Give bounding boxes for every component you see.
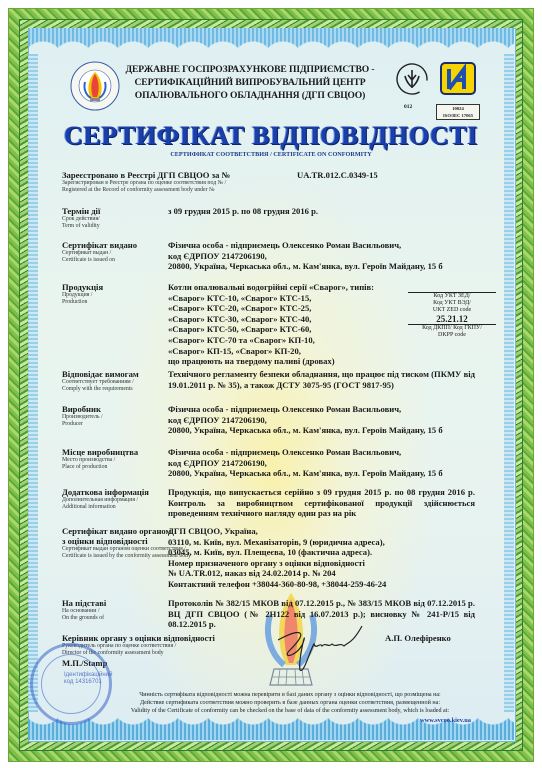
field-registered: Зареєстровано в Реєстрі ДГП СВЦОО за № З… [62,170,230,194]
org-line: ОПАЛЮВАЛЬНОГО ОБЛАДНАННЯ (ДГП СВЦОО) [120,89,380,102]
value-line: код ЄДРПОУ 2147206190, [168,251,443,262]
iso-accreditation-box: 10024 ISO/IEC 17065 [436,104,480,120]
place-value: Фізична особа - підприємець Олексенко Ро… [168,447,443,479]
code-label: UKT ZED code [408,307,496,314]
field-label: Термін дії [62,206,100,216]
value-line: 03045, м. Київ, вул. Плещеєва, 10 (факти… [168,547,386,558]
validity-check-note: Чинність сертифіката відповідності можна… [80,691,500,715]
value-line: що працюють на твердому паливі (дровах) [168,356,374,367]
stamp-line: Ідентифікаційний [64,672,112,679]
value-line: № UA.TR.012, наказ від 24.02.2014 р. № 2… [168,568,386,579]
field-label-en: On the grounds of [62,615,106,622]
field-label-en: Production [62,299,103,306]
field-label: Виробник [62,404,103,414]
value-line: Фізична особа - підприємець Олексенко Ро… [168,404,443,415]
signature [270,620,370,675]
field-label: Додаткова інформація [62,487,149,497]
product-codes: Код УКТ ЗЕД/ Код УКТ ВЭД/ UKT ZED code 2… [408,292,496,339]
value-line: Котли опалювальні водогрійні серії «Свар… [168,282,374,293]
field-complies: Відповідає вимогам Соответствует требова… [62,369,139,393]
product-value: Котли опалювальні водогрійні серії «Свар… [168,282,374,367]
value-line: «Сварог» КТС-20, «Сварог» КТС-25, [168,303,374,314]
field-label: Зареєстровано в Реєстрі ДГП СВЦОО за № [62,170,230,180]
verification-url[interactable]: www.svcoo.kiev.ua [420,717,471,724]
footer-line: Действие сертификата соответствия можно … [80,699,500,707]
issued-to-value: Фізична особа - підприємець Олексенко Ро… [168,240,443,272]
value-line: Фізична особа - підприємець Олексенко Ро… [168,447,443,458]
value-line: Фізична особа - підприємець Олексенко Ро… [168,240,443,251]
field-label-ru: Производитель / [62,414,103,421]
value-line: 20800, Україна, Черкаська обл., м. Кам'я… [168,425,443,436]
value-line: код ЄДРПОУ 2147206190, [168,458,443,469]
dgp-svtsoo-flame-logo [69,60,121,112]
field-label-ru: Соответствует требованиям / [62,379,139,386]
field-label-ru: Зарегистрирован в Реестре органа по оцен… [62,180,230,187]
code-label: Код ДКПП/ Код ГКПУ/ [408,325,496,332]
signer-name: А.П. Олефіренко [385,633,451,643]
stamp-text: Ідентифікаційний код 14316701 [64,672,112,686]
field-label-ru: Дополнительная информация / [62,497,149,504]
value-line: 20800, Україна, Черкаська обл., м. Кам'я… [168,468,443,479]
value-line: 03110, м. Київ, вул. Механізаторів, 9 (ю… [168,537,386,548]
code-label: DKPP code [408,332,496,339]
value-line: 20800, Україна, Черкаська обл., м. Кам'я… [168,261,443,272]
value-line: Номер призначеного органу з оцінки відпо… [168,558,386,569]
stamp-line: код 14316701 [64,679,112,686]
value-line: «Сварог» КТС-50, «Сварог» КТС-60, [168,324,374,335]
certificate-subtitle: СЕРТИФИКАТ СООТВЕТСТВИЯ / CERTIFICATE ON… [30,151,512,158]
additional-info-value: Продукція, що випускається серійно з 09 … [168,487,475,519]
org-line: СЕРТИФІКАЦІЙНИЙ ВИПРОБУВАЛЬНИЙ ЦЕНТР [120,76,380,89]
wave-ornament-top [28,28,514,54]
ukt-zed-code: 25.21.12 [408,314,496,324]
footer-line: Validity of the Certificate of conformit… [80,707,500,715]
complies-value: Технічного регламенту безпеки обладнання… [168,369,475,390]
field-label-en: Comply with the requirements [62,386,139,393]
field-label: На підставі [62,598,106,608]
field-validity: Термін дії Срок действия/ Term of validi… [62,206,100,230]
code-label: Код УКТ ВЭД/ [408,300,496,307]
field-label-en: Registered at the Record of conformity a… [62,187,230,194]
value-line: «Сварог» КТС-10, «Сварог» КТС-15, [168,293,374,304]
org-line: ДЕРЖАВНЕ ГОСПРОЗРАХУНКОВЕ ПІДПРИЄМСТВО - [120,63,380,76]
iso-line: 10024 [437,105,479,112]
field-label: Сертифікат видано [62,240,137,250]
issuer-organization-name: ДЕРЖАВНЕ ГОСПРОЗРАХУНКОВЕ ПІДПРИЄМСТВО -… [120,63,380,102]
field-product: Продукція Продукция / Production [62,282,103,306]
field-label-ru: На основании / [62,608,106,615]
ia-accreditation-logo [440,62,476,95]
field-label-ru: Срок действия/ [62,216,100,223]
field-label: Керівник органу з оцінки відповідності [62,633,215,643]
field-additional-info: Додаткова інформація Дополнительная инфо… [62,487,149,511]
mark-number: 012 [404,104,412,110]
field-label-en: Additional information [62,504,149,511]
value-line: «Сварог» КТС-30, «Сварог» КТС-40, [168,314,374,325]
value-line: код ЄДРПОУ 2147206190, [168,415,443,426]
value-line: ДГП СВЦОО, Україна, [168,526,386,537]
field-place-of-production: Місце виробництва Место производства / P… [62,447,138,471]
field-label-en: Place of production [62,464,138,471]
field-grounds: На підставі На основании / On the ground… [62,598,106,622]
field-label-en: Term of validity [62,223,100,230]
certificate-title: СЕРТИФІКАТ ВІДПОВІДНОСТІ [30,121,512,151]
field-label-ru: Сертификат выдан / [62,250,137,257]
field-label: Відповідає вимогам [62,369,139,379]
field-label-ru: Место производства / [62,457,138,464]
validity-value: з 09 грудня 2015 р. по 08 грудня 2016 р. [168,206,318,217]
field-issued-to: Сертифікат видано Сертификат выдан / Cer… [62,240,137,264]
field-producer: Виробник Производитель / Producer [62,404,103,428]
value-line: «Сварог» КТС-70 та «Сварог» КП-10, [168,335,374,346]
issuing-body-value: ДГП СВЦОО, Україна, 03110, м. Київ, вул.… [168,526,386,590]
field-label-en: Producer [62,421,103,428]
field-label-ru: Продукция / [62,292,103,299]
registration-number: UA.TR.012.C.0349-15 [297,170,378,180]
field-label-en: Certificate is issued on [62,257,137,264]
footer-line: Чинність сертифіката відповідності можна… [80,691,500,699]
field-label: Місце виробництва [62,447,138,457]
ukraine-conformity-mark-icon [395,62,429,96]
producer-value: Фізична особа - підприємець Олексенко Ро… [168,404,443,436]
field-label: Продукція [62,282,103,292]
value-line: «Сварог» КП-15, «Сварог» КП-20, [168,346,374,357]
code-label: Код УКТ ЗЕД/ [408,293,496,300]
iso-line: ISO/IEC 17065 [437,112,479,119]
